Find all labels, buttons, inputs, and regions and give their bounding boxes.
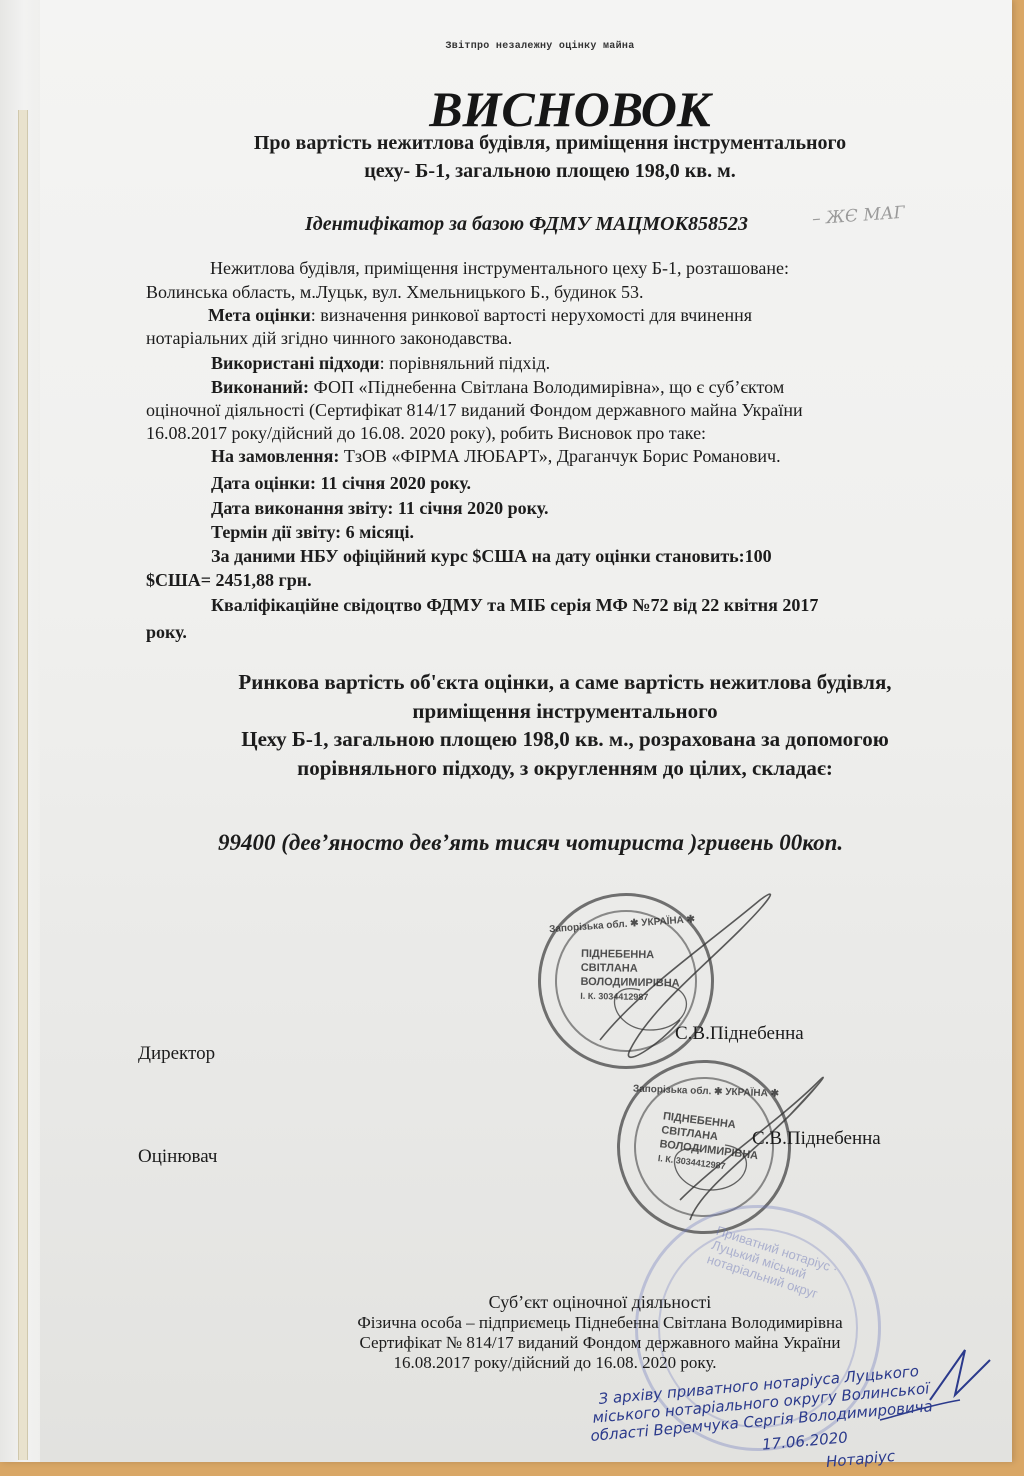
exchange-rate-line-2: $США= 2451,88 грн.: [146, 570, 312, 591]
seal-name-block: ПІДНЕБЕННА СВІТЛАНА ВОЛОДИМИРІВНА І. К. …: [657, 1109, 762, 1177]
seal-top-text: Запорізька обл. ✱ УКРАЇНА ✱: [622, 1082, 790, 1102]
performer-text: ФОП «Піднебенна Світлана Володимирівна»,…: [309, 377, 784, 397]
report-date: Дата виконання звіту: 11 січня 2020 року…: [211, 498, 548, 519]
document-page: Звітпро незалежну оцінку майна ВИСНОВОК …: [0, 0, 1012, 1462]
footer-line-3: Сертифікат № 814/17 виданий Фондом держа…: [0, 1333, 1024, 1353]
performer-label: Виконаний:: [211, 377, 309, 397]
appraiser-label: Оцінювач: [138, 1146, 217, 1168]
handwritten-note-date: 17.06.2020: [762, 1430, 849, 1452]
approach-label: Використані підходи: [211, 353, 380, 373]
document-title: ВИСНОВОК: [0, 80, 1024, 138]
purpose-line-2: нотаріальних дій згідно чинного законода…: [146, 328, 512, 349]
running-header: Звітпро незалежну оцінку майна: [0, 41, 1024, 52]
identifier-line: Ідентифікатор за базою ФДМУ МАЦМОК858523: [305, 213, 748, 236]
pencil-note: – ЖЄ МАГ: [811, 203, 905, 229]
subtitle-line-1: Про вартість нежитлова будівля, приміщен…: [0, 132, 1024, 155]
handwritten-note-signer: Нотаріус: [825, 1449, 895, 1470]
appraiser-seal-top: Запорізька обл. ✱ УКРАЇНА ✱ ПІДНЕБЕННА С…: [532, 887, 720, 1075]
purpose-label: Мета оцінки: [208, 305, 311, 325]
purpose-line-1: Мета оцінки: визначення ринкової вартост…: [208, 305, 752, 326]
appraiser-name: С.В.Піднебенна: [752, 1128, 881, 1150]
certificate-line-2: року.: [146, 622, 187, 643]
approach-line: Використані підходи: порівняльний підхід…: [211, 353, 550, 374]
result-line-1: Ринкова вартість об'єкта оцінки, а саме …: [0, 670, 1024, 695]
performer-line-1: Виконаний: ФОП «Піднебенна Світлана Воло…: [211, 377, 784, 398]
approach-text: : порівняльний підхід.: [380, 353, 551, 373]
order-text: ТзОВ «ФІРМА ЛЮБАРТ», Драганчук Борис Ром…: [339, 446, 780, 466]
object-line-1: Нежитлова будівля, приміщення інструмент…: [210, 258, 789, 279]
exchange-rate-line-1: За даними НБУ офіційний курс $США на дат…: [211, 546, 772, 567]
order-label: На замовлення:: [211, 446, 339, 466]
subtitle-line-2: цеху- Б-1, загальною площею 198,0 кв. м.: [0, 160, 1024, 183]
result-line-4: порівняльного підходу, з округленням до …: [0, 756, 1024, 781]
performer-line-2: оціночної діяльності (Сертифікат 814/17 …: [146, 400, 803, 421]
director-name: С.В.Піднебенна: [675, 1023, 804, 1045]
purpose-text: : визначення ринкової вартості нерухомос…: [311, 305, 752, 325]
director-label: Директор: [138, 1043, 215, 1065]
result-line-2: приміщення інструментального: [0, 699, 1024, 724]
report-validity: Термін дії звіту: 6 місяці.: [211, 522, 414, 543]
performer-line-3: 16.08.2017 року/дійсний до 16.08. 2020 р…: [146, 423, 706, 444]
valuation-date: Дата оцінки: 11 січня 2020 року.: [211, 473, 471, 494]
order-line: На замовлення: ТзОВ «ФІРМА ЛЮБАРТ», Драг…: [211, 446, 781, 467]
binding-string: [18, 110, 28, 1460]
footer-line-2: Фізична особа – підприємець Піднебенна С…: [0, 1313, 1024, 1333]
certificate-line-1: Кваліфікаційне свідоцтво ФДМУ та МІБ сер…: [211, 595, 818, 616]
seal-name-block: ПІДНЕБЕННА СВІТЛАНА ВОЛОДИМИРІВНА І. К. …: [580, 947, 680, 1005]
footer-line-1: Суб’єкт оціночної діяльності: [0, 1292, 1024, 1313]
result-line-3: Цеху Б-1, загальною площею 198,0 кв. м.,…: [0, 727, 1024, 752]
object-line-2: Волинська область, м.Луцьк, вул. Хмельни…: [146, 282, 644, 303]
valuation-amount: 99400 (дев’яносто дев’ять тисяч чотирист…: [218, 830, 843, 856]
